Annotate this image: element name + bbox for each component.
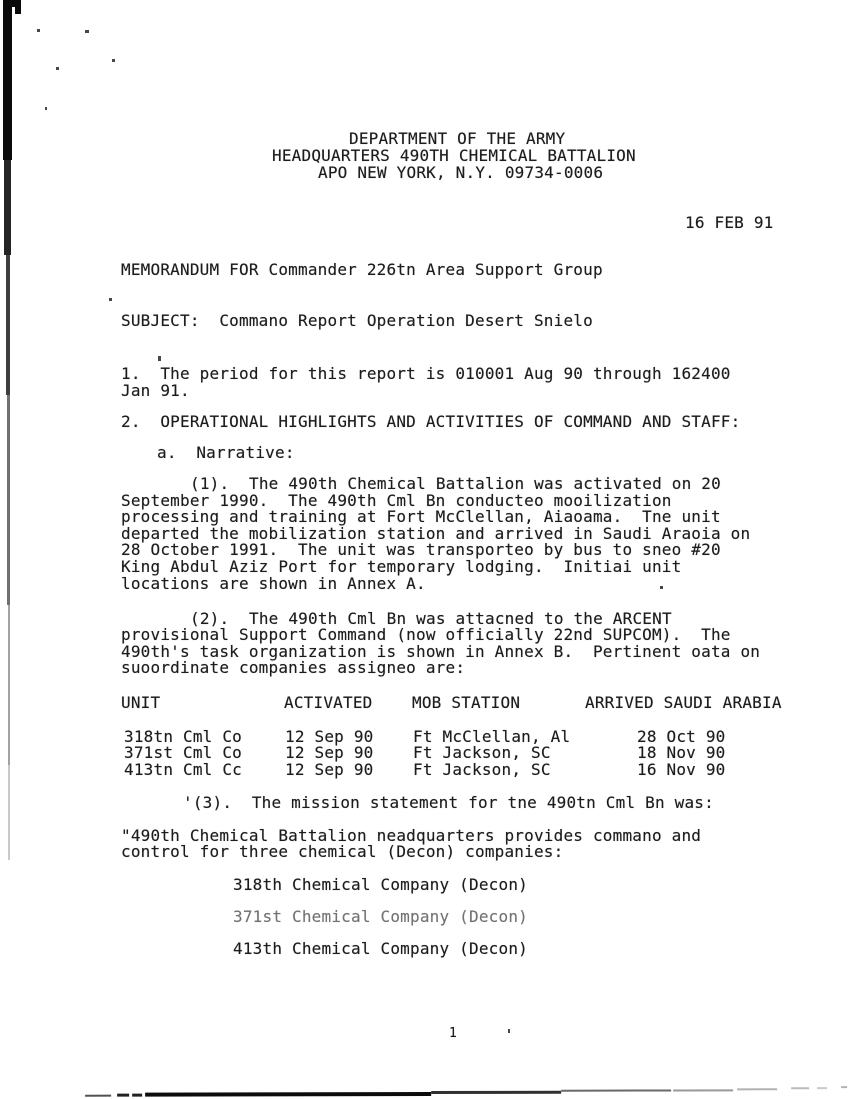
scan-line-segment — [431, 1091, 561, 1094]
document-page: DEPARTMENT OF THE ARMYHEADQUARTERS 490TH… — [0, 0, 850, 1099]
scan-line-segment — [673, 1089, 733, 1091]
scan-line-segment — [817, 1087, 827, 1089]
scan-line-segment — [791, 1087, 809, 1089]
scan-line-segment — [841, 1086, 847, 1088]
scan-line-segment — [85, 1095, 111, 1097]
scan-line-segment — [737, 1088, 777, 1090]
scan-line-segment — [132, 1094, 142, 1097]
scan-line-segment — [561, 1089, 671, 1091]
bottom-scan-line — [0, 0, 850, 1099]
scan-line-segment — [117, 1094, 129, 1097]
scan-line-segment — [145, 1092, 431, 1097]
